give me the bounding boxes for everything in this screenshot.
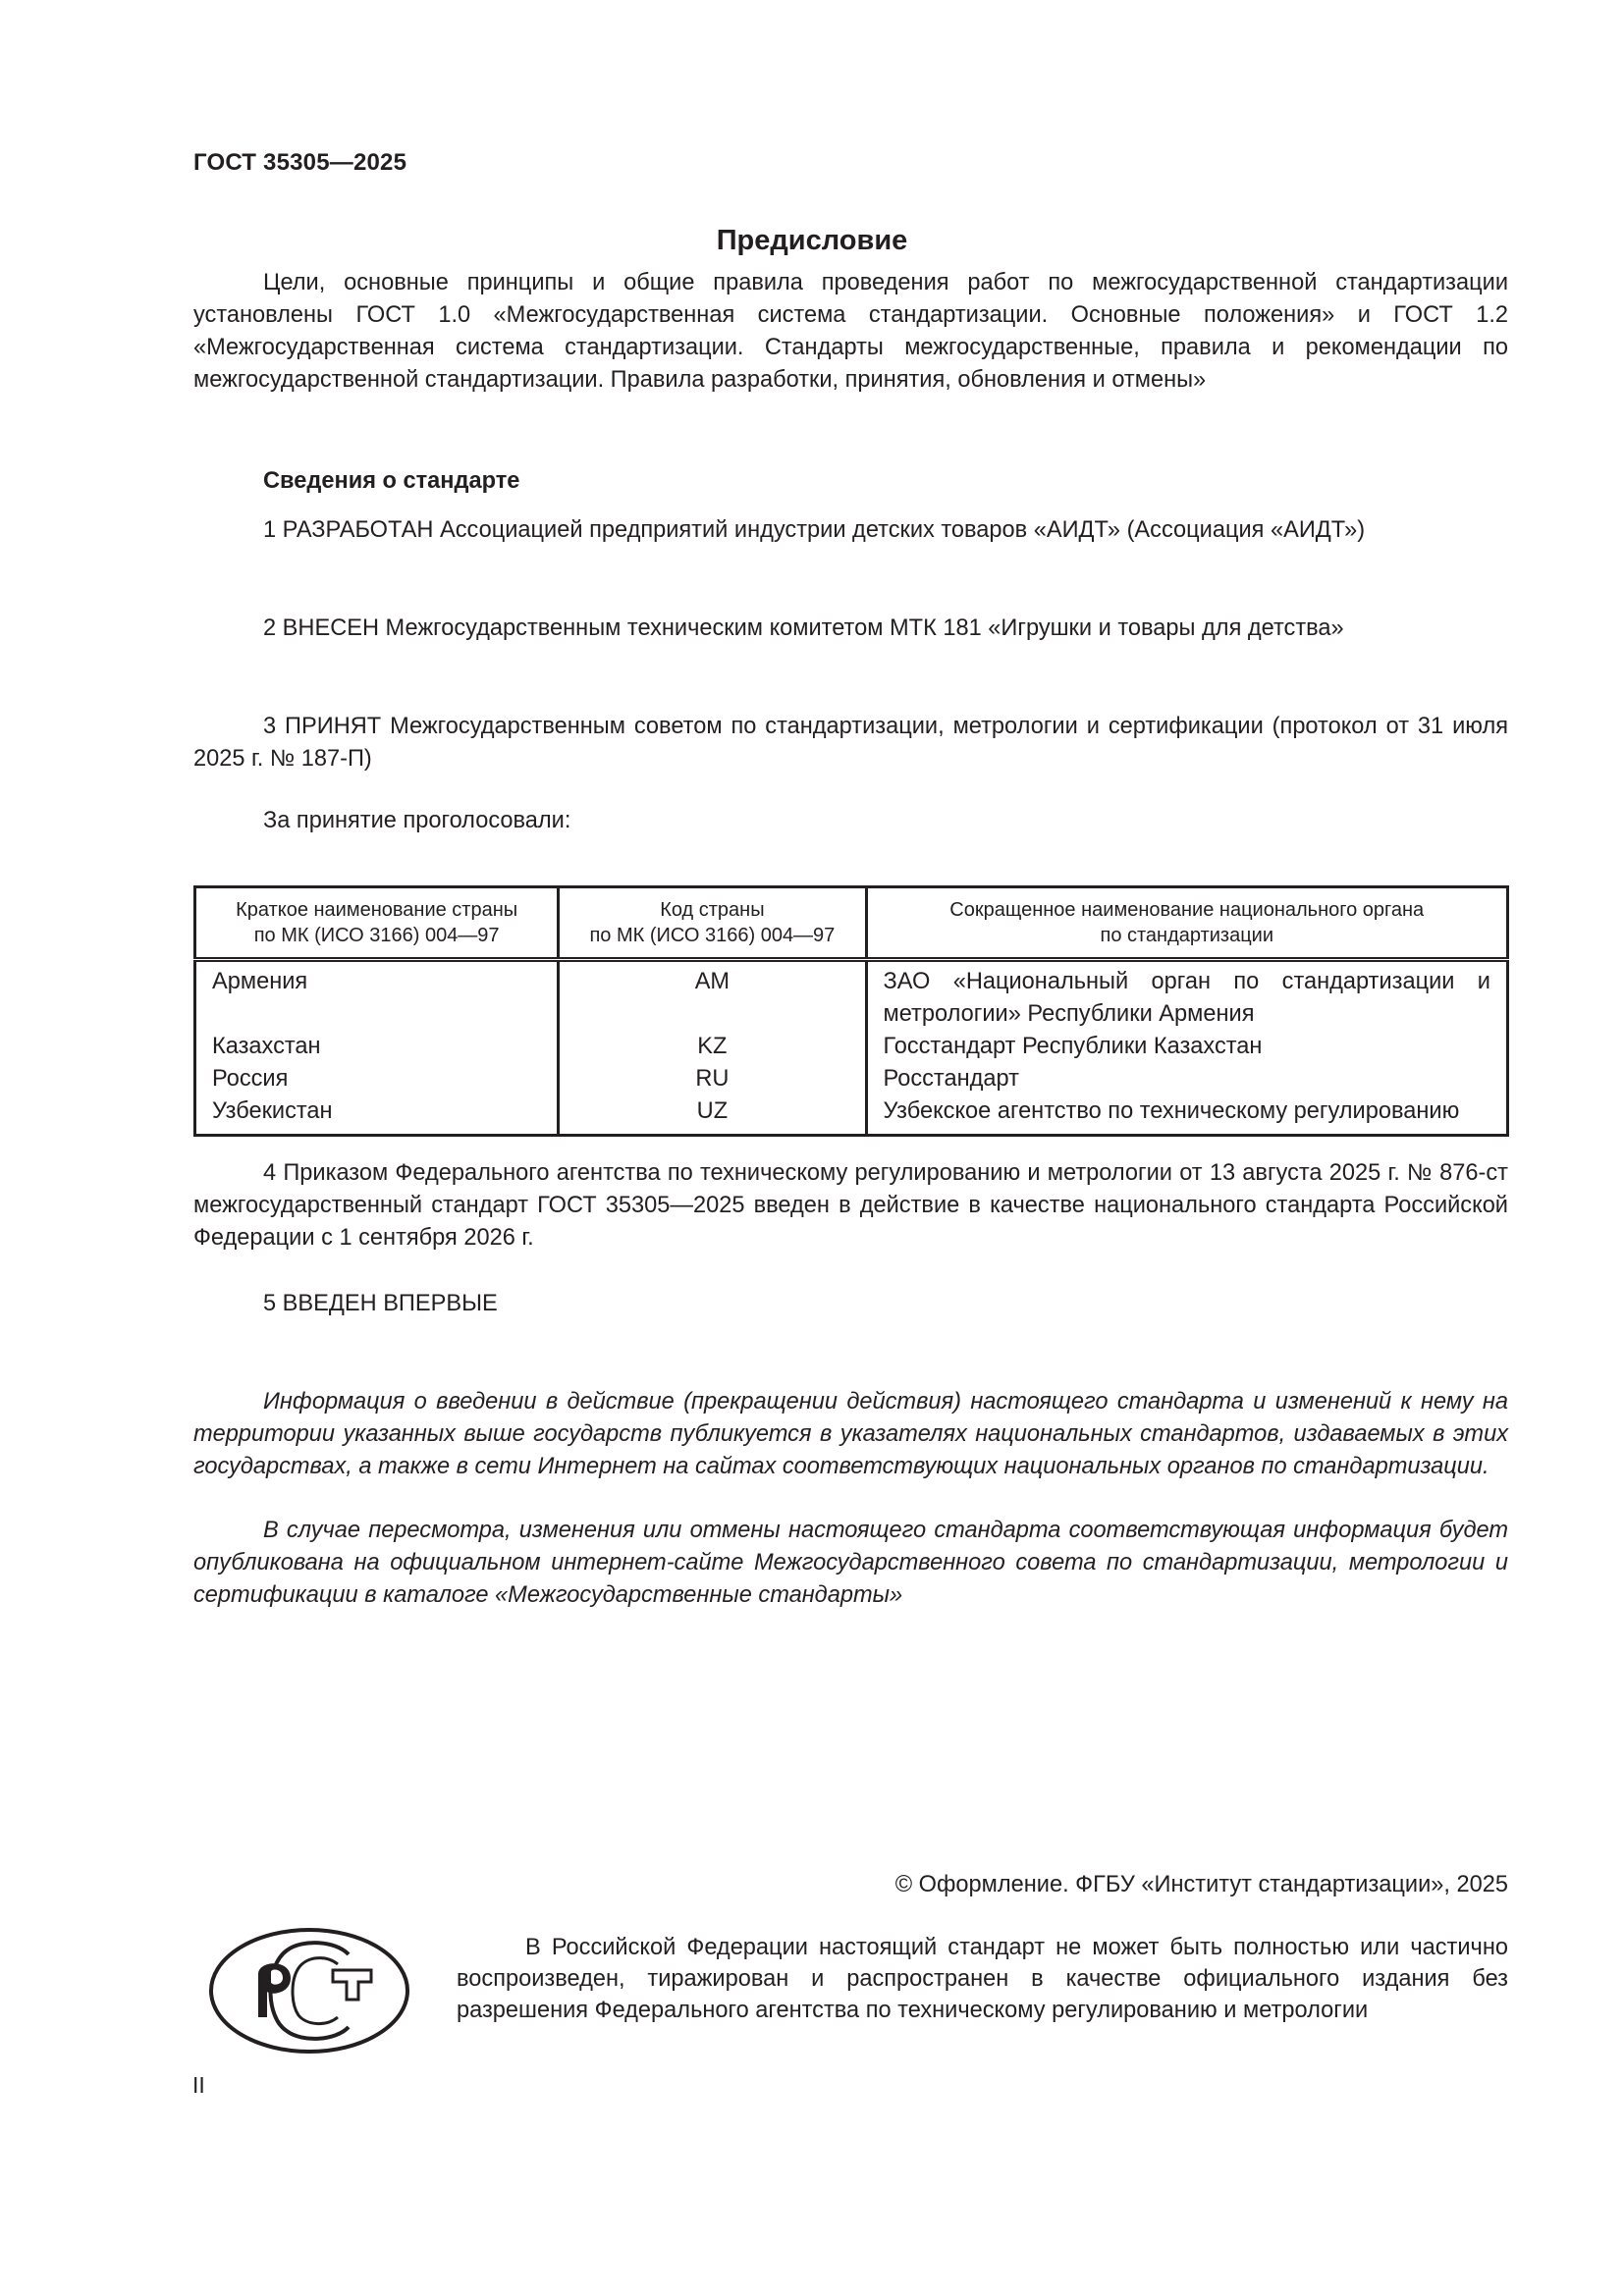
cell-code: KZ [559, 1031, 866, 1063]
intro-paragraph: Цели, основные принципы и общие правила … [193, 267, 1508, 397]
copyright-notice: © Оформление. ФГБУ «Институт стандартиза… [895, 1869, 1508, 1901]
cell-national-body: ЗАО «Национальный орган по стандартизаци… [866, 960, 1508, 1032]
cell-national-body: Узбекское агентство по техническому регу… [866, 1095, 1508, 1136]
cell-country: Россия [195, 1063, 559, 1095]
item-3-adopted: 3 ПРИНЯТ Межгосударственным советом по с… [193, 711, 1508, 775]
cell-country: Армения [195, 960, 559, 1032]
voting-countries-table: Краткое наименование страны по МК (ИСО 3… [193, 885, 1509, 1137]
cell-country: Узбекистан [195, 1095, 559, 1136]
column-header-national-body: Сокращенное наименование национального о… [866, 887, 1508, 960]
notice-paragraph-publication: Информация о введении в действие (прекра… [193, 1386, 1508, 1483]
table-row: Армения AM ЗАО «Национальный орган по ст… [195, 960, 1508, 1032]
table-row: Казахстан KZ Госстандарт Республики Каза… [195, 1031, 1508, 1063]
header-line: по МК (ИСО 3166) 004—97 [254, 925, 500, 946]
notice-paragraph-revision: В случае пересмотра, изменения или отмен… [193, 1515, 1508, 1612]
page-title: Предисловие [0, 225, 1624, 257]
item-1-developed: 1 РАЗРАБОТАН Ассоциацией предприятий инд… [193, 514, 1508, 547]
header-line: по МК (ИСО 3166) 004—97 [589, 925, 835, 946]
table-row: Россия RU Росстандарт [195, 1063, 1508, 1095]
column-header-code: Код страны по МК (ИСО 3166) 004—97 [559, 887, 866, 960]
table-row: Узбекистан UZ Узбекское агентство по тех… [195, 1095, 1508, 1136]
table-header-row: Краткое наименование страны по МК (ИСО 3… [195, 887, 1508, 960]
cell-country: Казахстан [195, 1031, 559, 1063]
cell-national-body: Росстандарт [866, 1063, 1508, 1095]
cell-code: RU [559, 1063, 866, 1095]
column-header-country: Краткое наименование страны по МК (ИСО 3… [195, 887, 559, 960]
document-code: ГОСТ 35305—2025 [193, 149, 406, 177]
item-4-order: 4 Приказом Федерального агентства по тех… [193, 1157, 1508, 1255]
header-line: Краткое наименование страны [236, 899, 517, 921]
cell-national-body: Госстандарт Республики Казахстан [866, 1031, 1508, 1063]
item-5-first-introduced: 5 ВВЕДЕН ВПЕРВЫЕ [193, 1288, 1508, 1320]
item-2-submitted: 2 ВНЕСЕН Межгосударственным техническим … [193, 613, 1508, 645]
rst-certification-mark-icon [208, 1927, 410, 2055]
rights-notice: В Российской Федерации настоящий стандар… [457, 1932, 1508, 2026]
header-line: Сокращенное наименование национального о… [949, 899, 1424, 921]
cell-code: AM [559, 960, 866, 1032]
section-heading-info: Сведения о стандарте [193, 465, 1508, 498]
header-line: по стандартизации [1100, 925, 1273, 946]
vote-label: За принятие проголосовали: [193, 805, 1508, 837]
header-line: Код страны [660, 899, 764, 921]
page-number: II [192, 2072, 205, 2099]
cell-code: UZ [559, 1095, 866, 1136]
